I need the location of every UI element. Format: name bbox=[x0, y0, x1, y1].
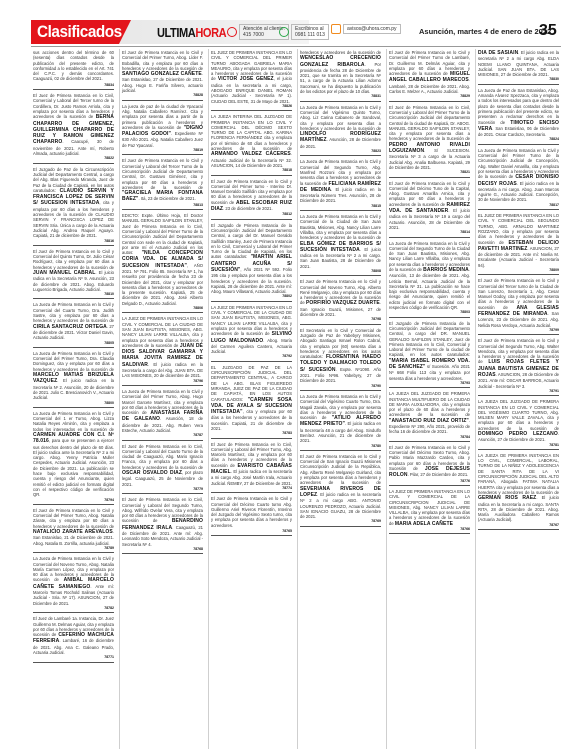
legal-notice: El Juez de Primera Instancia en lo Civil… bbox=[33, 248, 114, 300]
legal-notice: El Juzgado de Primera Instancia de la Ci… bbox=[389, 320, 470, 389]
notice-text: herederos y acreedores de la sucesión de bbox=[300, 50, 381, 55]
legal-notice: La Jueza de Primera Instancia en lo Civi… bbox=[33, 301, 114, 347]
column-3: EL JUEZ DE PRIMERA INSTANCIA EN LO CIVIL… bbox=[208, 49, 294, 749]
notice-code: 78821 bbox=[389, 170, 470, 175]
deceased-name: PORFIRIO VAZQUEZ DUARTE bbox=[306, 300, 380, 306]
notice-text: LA JUEZA DE PRIMERA INSTANCIA EN LO CIVI… bbox=[478, 453, 559, 495]
legal-notice: El Juzgado de Primera Instancia de la Ci… bbox=[211, 222, 292, 302]
notice-text: EDICTO: Expte. Último Hoja, El Doctor MA… bbox=[122, 213, 203, 255]
deceased-name: OSCAR OSVALDO DIAZ bbox=[122, 470, 182, 476]
legal-notice: El Juez de Primera Instancia en lo Civil… bbox=[122, 49, 203, 101]
notice-text: LA JUEZA DEL JUZGADO DE PRIMERA INSTANCI… bbox=[389, 391, 470, 417]
notice-code: 78824 bbox=[478, 137, 559, 142]
legal-notice: La Jueza de Primera Instancia en lo Civi… bbox=[478, 147, 559, 210]
legal-notice: LA JUEZ DE PRIMERA INSTANCIA EN LO CIVIL… bbox=[211, 304, 292, 362]
notice-code: 78765 bbox=[211, 529, 292, 534]
notice-text: LA JUEZA DEL JUZGADO DE PRIMERA INSTANCI… bbox=[478, 399, 559, 430]
column-5: El Juez de Primera Instancia en lo Civil… bbox=[386, 49, 472, 749]
deceased-name: GERMAN RIOS RAEZ bbox=[478, 495, 536, 501]
notice-code: 78787 bbox=[122, 433, 203, 438]
legal-notice: EDICTO: Expte. Último Hoja, El Doctor MA… bbox=[122, 212, 203, 313]
notice-code: 78817 bbox=[478, 203, 559, 208]
notice-code: 78816 bbox=[33, 239, 114, 244]
notice-code: 78792 bbox=[211, 354, 292, 359]
notice-code: 78774 bbox=[211, 486, 292, 491]
deceased-name: ARMANDO VALDEZ CÁCERES bbox=[211, 151, 291, 157]
notice-code: 78794 bbox=[33, 498, 114, 503]
notice-code: 78791 bbox=[478, 389, 559, 394]
notice-code: 78779 bbox=[122, 487, 203, 492]
legal-notice: LA JUEZA DE PRIMERA INSTANCIA EN LO CIVI… bbox=[478, 452, 559, 530]
whatsapp-icon bbox=[279, 27, 289, 37]
notice-code: 78813 bbox=[122, 203, 203, 208]
ultimahora-logo: ULTIMAHORA bbox=[157, 25, 226, 40]
notice-text-end: , para que se presenten a ejercer sus de… bbox=[33, 438, 114, 497]
notice-text-end: , cita y emplaza por 60 días a los hered… bbox=[33, 200, 114, 238]
notice-text: El Juez de Primera Instancia en lo Civil… bbox=[300, 454, 381, 485]
notice-code: 78783 bbox=[211, 431, 292, 436]
notice-code: 78830 bbox=[478, 77, 559, 82]
notice-text-end: , AÑO 2021. Nº 791. Folio 85. Secretaría… bbox=[122, 263, 203, 306]
notice-text: La Jueza de Primera Instancia en lo Civi… bbox=[33, 302, 114, 323]
legal-notice: El Juez de Primera Instancia en lo Civil… bbox=[389, 49, 470, 102]
legal-notice: El Juez de Primera Instancia en lo Civil… bbox=[33, 507, 114, 553]
notice-code: 78766 bbox=[389, 527, 470, 532]
legal-notice: DIA DE SASIAIN. El juicio radica en la s… bbox=[478, 49, 559, 85]
legal-notice: LA JUEZ DE PRIMERA INSTANCIA EN LO CIVIL… bbox=[389, 488, 470, 534]
notice-code: 78803 bbox=[389, 310, 470, 315]
notice-code: 78822 bbox=[33, 156, 114, 161]
contact-email: avisos@uhora.com.py bbox=[331, 24, 401, 34]
legal-notice: El Juez de Primera Instancia en lo Civil… bbox=[389, 104, 470, 178]
email-icon bbox=[331, 24, 341, 34]
notice-text: El Juez de Primera Instancia en lo Civil… bbox=[389, 105, 470, 142]
notice-code: 78793 bbox=[389, 381, 470, 386]
notice-code: 78834 bbox=[33, 83, 114, 88]
legal-notice: EL JUEZ DE PRIMERA INSTANCIA EN LO CIVIL… bbox=[211, 49, 292, 111]
legal-notice: El Secretario en lo Civil y Comercial de… bbox=[300, 327, 381, 391]
notice-text: La Jueza de Primera Instancia en lo Civi… bbox=[33, 411, 114, 432]
notice-code: 78809 bbox=[478, 268, 559, 273]
notice-text-end: . Pilar, 27 de Diciembre de 2021. bbox=[408, 472, 469, 477]
notice-text: El Juzgado de Primera Instancia de la Ci… bbox=[389, 321, 470, 358]
legal-notice: El Juez de Primera Instancia en lo Civil… bbox=[211, 441, 292, 494]
notice-text: El Juez de Primera Instancia en lo Civil… bbox=[33, 508, 114, 529]
notice-code: 78812 bbox=[211, 212, 292, 217]
notice-text: LA JUEZA INTERINA DEL JUZGADO DE PRIMERA… bbox=[211, 114, 292, 151]
notice-code: 78798 bbox=[300, 317, 381, 322]
notice-code: 78768 bbox=[122, 547, 203, 552]
notice-code: 78819 bbox=[122, 148, 203, 153]
contact-whatsapp: Escríbinos al0981 111 013 bbox=[279, 24, 329, 40]
section-banner: Clasificados bbox=[31, 20, 131, 44]
notice-code: 78776 bbox=[389, 479, 470, 484]
notice-code: 78784 bbox=[389, 435, 470, 440]
legal-notice: La jueza de paz de la ciudad de Ypacaraí… bbox=[122, 103, 203, 156]
legal-notice: El Juez de Lambaré 1a. Instancia, Dr. Ju… bbox=[33, 615, 114, 662]
notice-text-end: . Asunción, 13 de diciembre de 2021. Abg… bbox=[389, 267, 470, 310]
notice-text-end: . Itá, 23 de Diciembre de 2021. bbox=[138, 196, 195, 201]
legal-notice: La Jueza de Primera Instancia en lo Civi… bbox=[300, 213, 381, 276]
notice-text: sus acciones dentro del término de 60 (s… bbox=[33, 50, 114, 81]
notice-code: 78781 bbox=[478, 443, 559, 448]
legal-notice: El Juez de Primera Instancia en lo Civil… bbox=[389, 444, 470, 486]
notice-code: 78810 bbox=[33, 292, 114, 297]
notice-text: La Jueza de Primera Instancia en lo Civi… bbox=[300, 214, 381, 240]
notice-code: 78829 bbox=[389, 94, 470, 99]
deceased-name: JUAN MANUEL CABRAL bbox=[33, 270, 95, 276]
notice-code: 78769 bbox=[300, 519, 381, 524]
phone-icon bbox=[227, 27, 237, 37]
legal-notice: La Jueza de Primera Instancia en lo Civi… bbox=[33, 555, 114, 613]
notice-code: 78831 bbox=[300, 94, 381, 99]
deceased-name: BARRIOS MEDINA bbox=[423, 267, 469, 273]
notice-text: La Jueza de Primera Instancia en lo Civi… bbox=[300, 105, 381, 131]
notice-text: El Juez de Primera Instancia en lo Civil… bbox=[33, 249, 114, 270]
notice-code: 78814 bbox=[389, 230, 470, 235]
notice-text: El Juez de Primera Instancia en lo Civil… bbox=[122, 158, 203, 189]
notice-text-end: . 23 de diciembre de 2021. bbox=[223, 206, 273, 211]
legal-notice: La Jueza de Primera Instancia en lo Civi… bbox=[122, 388, 203, 441]
deceased-name: DIA DE SASIAIN bbox=[478, 50, 518, 56]
notice-code: 78771 bbox=[33, 655, 114, 660]
legal-notice: LA JUEZA DEL JUZGADO DE PRIMERA INSTANCI… bbox=[478, 398, 559, 450]
column-6: DIA DE SASIAIN. El juicio radica en la s… bbox=[475, 49, 561, 749]
legal-notice: El Juzgado de Paz de la Circunscripción … bbox=[33, 166, 114, 246]
legal-notice: El Juez de Primera Instancia en lo Civil… bbox=[211, 495, 292, 536]
notice-code: 78790 bbox=[300, 384, 381, 389]
notice-code: 78796 bbox=[122, 379, 203, 384]
notice-code: 78815 bbox=[300, 204, 381, 209]
page-header: Clasificados ULTIMAHORA Atención al clie… bbox=[31, 18, 561, 46]
deceased-name: SANTIAGO GONZALEZ CAÑETE bbox=[122, 71, 202, 77]
legal-notice: El Juez de Primera Instancia en lo Civil… bbox=[211, 178, 292, 220]
notice-code: 78767 bbox=[478, 523, 559, 528]
deceased-name: "ANASTACIO RUIZ DIAZ ORTIZ" bbox=[389, 418, 469, 424]
classifieds-columns: sus acciones dentro del término de 60 (s… bbox=[31, 49, 561, 749]
legal-notice: El Juez de Primera Instancia en lo Civil… bbox=[122, 496, 203, 554]
notice-code: 78823 bbox=[300, 149, 381, 154]
notice-text: La Jueza de Primera Instancia en lo Civi… bbox=[33, 351, 114, 372]
section-title: Clasificados bbox=[37, 22, 122, 42]
notice-code: 78802 bbox=[211, 294, 292, 299]
deceased-name: NATALICIO ZARATE ARÉVALOS bbox=[33, 529, 113, 535]
deceased-name: CIRILA SANTACRUZ ORTEGA bbox=[33, 324, 107, 330]
header-divider bbox=[31, 46, 561, 47]
notice-code: 78799 bbox=[478, 328, 559, 333]
legal-notice: El Juez de Primera Instancia en lo Civil… bbox=[300, 453, 381, 527]
legal-notice: El Juez de Primera Instancia en lo Civil… bbox=[478, 277, 559, 335]
page-number: 35 bbox=[539, 22, 557, 40]
legal-notice: El Juez de Primera Instancia en lo Civil… bbox=[389, 180, 470, 238]
legal-notice: El Juez de Primera Instancia en lo Civil… bbox=[122, 443, 203, 495]
legal-notice: La Jueza de Primera Instancia en lo Civi… bbox=[389, 240, 470, 318]
legal-notice: El Juez de Primera Instancia en lo Civil… bbox=[33, 92, 114, 164]
column-1: sus acciones dentro del término de 60 (s… bbox=[31, 49, 116, 749]
legal-notice: El Juez de Primera Instancia en lo Civil… bbox=[478, 337, 559, 396]
legal-notice: La Jueza de Primera Instancia en lo Civi… bbox=[300, 393, 381, 451]
notice-code: 78828 bbox=[122, 93, 203, 98]
issue-date: Asunción, martes 4 de enero de 2022 bbox=[419, 27, 551, 36]
legal-notice: La Jueza de Primera Instancia en lo Civi… bbox=[300, 104, 381, 157]
legal-notice: LA JUEZA INTERINA DEL JUZGADO DE PRIMERA… bbox=[211, 113, 292, 175]
notice-code: 78800 bbox=[33, 401, 114, 406]
legal-notice: El Juez de Primera Instancia en lo Civil… bbox=[122, 157, 203, 210]
legal-notice: La Jueza de Primera Instancia en lo Civi… bbox=[33, 410, 114, 505]
legal-notice: herederos y acreedores de la sucesión de… bbox=[300, 49, 381, 102]
notice-text: El Juez de Primera Instancia en lo Civil… bbox=[122, 50, 203, 71]
notice-code: 78826 bbox=[211, 104, 292, 109]
legal-notice: EL JUEZ DE PRIMERA INSTANCIA EN LO CIVIL… bbox=[478, 212, 559, 275]
deceased-name: MARIA ADELA CAÑETE bbox=[395, 521, 453, 527]
column-4: herederos y acreedores de la sucesión de… bbox=[297, 49, 383, 749]
deceased-name: VICTOR JOSE GENEZ bbox=[218, 76, 274, 82]
legal-notice: EL JUZGADO DE PAZ DE LA CIRCUNSCRIPCIÓN … bbox=[211, 364, 292, 439]
deceased-name: DOMINGO PEDRO LEZCANO bbox=[478, 431, 558, 437]
column-2: El Juez de Primera Instancia en lo Civil… bbox=[119, 49, 205, 749]
notice-code: 78818 bbox=[211, 168, 292, 173]
notice-text: El Juez de Primera Instancia en lo Civil… bbox=[211, 496, 292, 527]
legal-notice: LA JUEZA DEL JUZGADO DE PRIMERA INSTANCI… bbox=[389, 390, 470, 442]
notice-code: 78782 bbox=[33, 606, 114, 611]
legal-notice: La Jueza de Primera Instancia en lo Civi… bbox=[33, 350, 114, 408]
legal-notice: sus acciones dentro del término de 60 (s… bbox=[33, 49, 114, 90]
notice-code: 78806 bbox=[122, 306, 203, 311]
legal-notice: El Juez de Primera Instancia en lo Civil… bbox=[300, 278, 381, 324]
legal-notice: La Jueza de Primera Instancia en lo Civi… bbox=[300, 158, 381, 211]
legal-notice: LA JUEZ DE PRIMERA INSTANCIA EN LO CIVIL… bbox=[122, 315, 203, 386]
notice-code: 78789 bbox=[33, 546, 114, 551]
notice-text: El Juez de Primera Instancia en lo Civil… bbox=[122, 444, 203, 470]
notice-code: 78805 bbox=[33, 341, 114, 346]
notice-code: 78780 bbox=[300, 444, 381, 449]
notice-code: 78808 bbox=[300, 269, 381, 274]
legal-notice: La Jueza de Paz de San Estanislao, Abog.… bbox=[478, 87, 559, 145]
